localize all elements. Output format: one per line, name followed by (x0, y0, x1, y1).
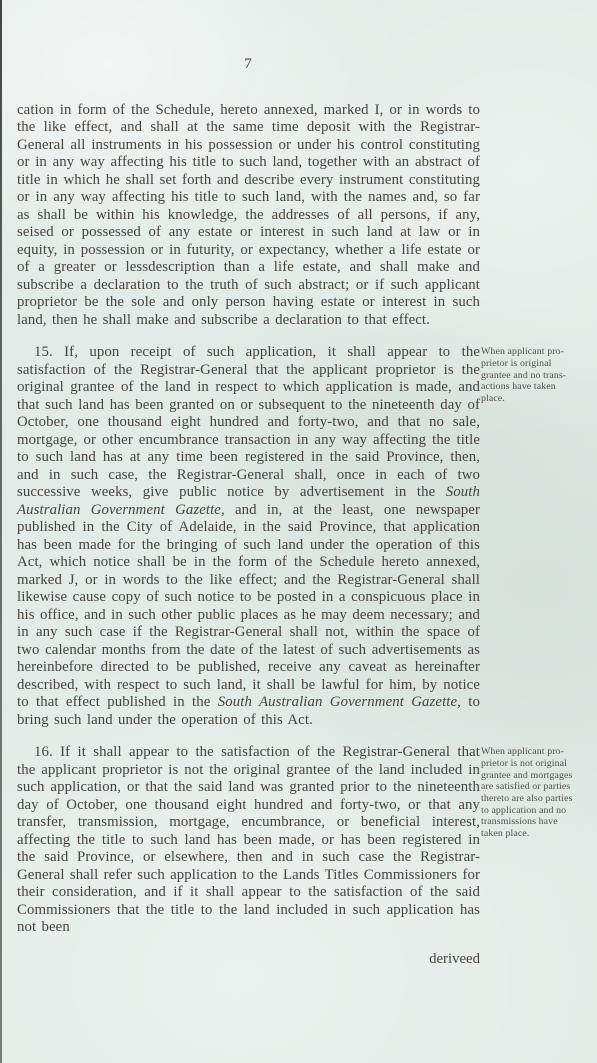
scan-edge-shadow (0, 0, 2, 1063)
section-16-paragraph: 16. If it shall appear to the satisfacti… (17, 744, 480, 937)
section-15: 15. If, upon receipt of such application… (17, 344, 480, 729)
text-column: cation in form of the Schedule, hereto a… (17, 87, 480, 969)
continuation-paragraph: cation in form of the Schedule, hereto a… (17, 102, 480, 330)
section-15-paragraph: 15. If, upon receipt of such application… (17, 344, 480, 729)
section-16: 16. If it shall appear to the satisfacti… (17, 744, 480, 969)
scanned-document-page: 7 cation in form of the Schedule, hereto… (0, 0, 597, 1063)
page-number: 7 (17, 56, 480, 73)
section-15-margin-note: When applicant pro- prietor is original … (481, 346, 597, 405)
catchword: deriveed (17, 951, 480, 969)
section-16-margin-note: When applicant pro- prietor is not origi… (481, 746, 597, 840)
